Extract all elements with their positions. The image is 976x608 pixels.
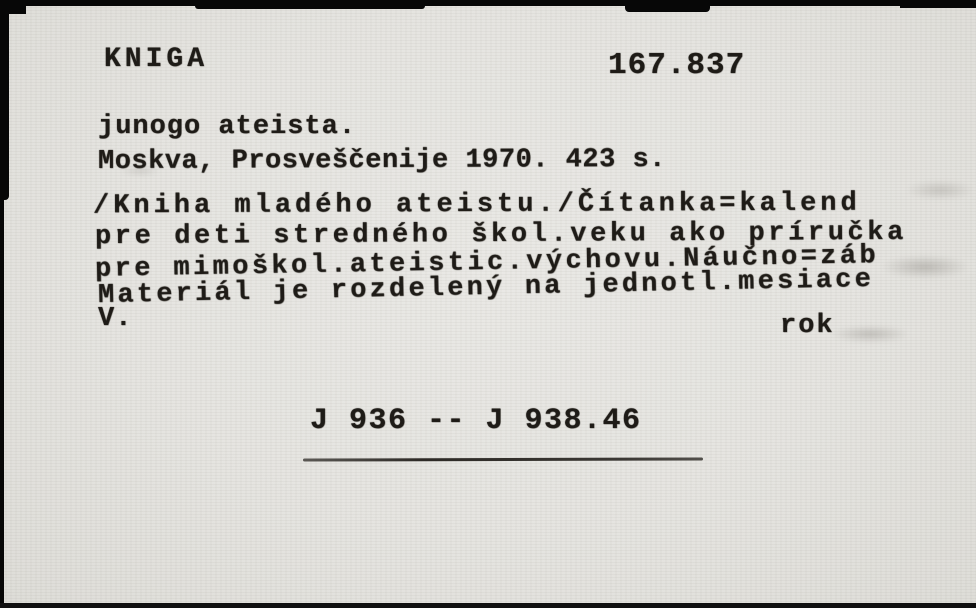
scan-edge-top-blob xyxy=(900,0,976,8)
typed-line-title: junogo ateista. xyxy=(98,112,356,142)
scan-edge-top-blob xyxy=(195,0,425,9)
typed-line-imprint: Moskva, Prosveščenije 1970. 423 s. xyxy=(98,145,666,177)
scan-edge-left-blob xyxy=(0,0,9,200)
ink-bleed-smudge xyxy=(905,180,975,200)
ink-bleed-smudge xyxy=(880,255,970,279)
underline-rule xyxy=(303,457,703,461)
typed-line-annotation: V. xyxy=(98,304,132,334)
scan-edge-top xyxy=(0,0,976,6)
scan-edge-corner xyxy=(0,0,26,14)
catalog-number: 167.837 xyxy=(608,48,745,83)
typed-line-annotation: /Kniha mladého ateistu./Čítanka=kalend xyxy=(93,189,861,222)
ink-bleed-smudge xyxy=(830,325,910,343)
scan-edge-top-blob xyxy=(625,0,710,12)
typed-fragment-rok: rok xyxy=(780,311,835,341)
call-number: J 936 -- J 938.46 xyxy=(310,404,642,438)
card-heading: KNIGA xyxy=(104,44,208,75)
catalog-card-scan: KNIGA 167.837 junogo ateista. Moskva, Pr… xyxy=(0,0,976,608)
scan-edge-bottom xyxy=(0,603,976,608)
